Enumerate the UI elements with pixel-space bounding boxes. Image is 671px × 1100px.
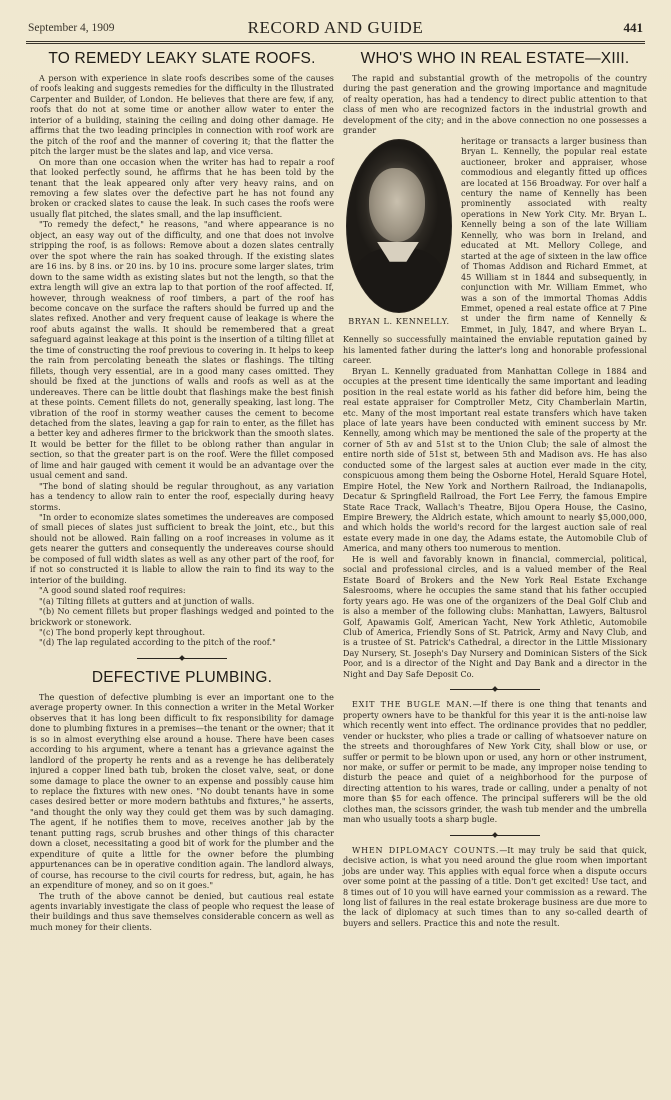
portrait-photo xyxy=(346,139,452,313)
paragraph: Bryan L. Kennelly graduated from Manhatt… xyxy=(343,367,647,555)
article-title: TO REMEDY LEAKY SLATE ROOFS. xyxy=(30,50,334,68)
paragraph: The truth of the above cannot be denied,… xyxy=(30,892,334,934)
section-divider xyxy=(30,652,334,666)
masthead-rule xyxy=(26,41,645,44)
item-text: —It may truly be said that quick, decisi… xyxy=(343,846,647,928)
right-column: WHO'S WHO IN REAL ESTATE—XIII. The rapid… xyxy=(343,50,647,929)
portrait-figure: BRYAN L. KENNELLY. xyxy=(343,137,455,326)
list-item: "(c) The bond properly kept throughout. xyxy=(30,628,334,638)
article-leaky-slate-roofs: TO REMEDY LEAKY SLATE ROOFS. A person wi… xyxy=(30,50,334,649)
newspaper-page: September 4, 1909 RECORD AND GUIDE 441 T… xyxy=(0,0,671,1100)
portrait-caption: BRYAN L. KENNELLY. xyxy=(343,317,455,326)
section-divider xyxy=(343,829,647,843)
list-item: "(d) The lap regulated according to the … xyxy=(30,638,334,648)
left-column: TO REMEDY LEAKY SLATE ROOFS. A person wi… xyxy=(30,50,334,933)
publication-title: RECORD AND GUIDE xyxy=(28,18,643,38)
paragraph: The rapid and substantial growth of the … xyxy=(343,74,647,137)
paragraph: "In order to economize slates sometimes … xyxy=(30,513,334,586)
article-whos-who: WHO'S WHO IN REAL ESTATE—XIII. The rapid… xyxy=(343,50,647,680)
item-exit-bugle-man: EXIT THE BUGLE MAN.—If there is one thin… xyxy=(343,700,647,825)
item-lead: EXIT THE BUGLE MAN. xyxy=(352,700,473,709)
paragraph: WHEN DIPLOMACY COUNTS.—It may truly be s… xyxy=(343,846,647,930)
item-when-diplomacy-counts: WHEN DIPLOMACY COUNTS.—It may truly be s… xyxy=(343,846,647,930)
paragraph: The question of defective plumbing is ev… xyxy=(30,693,334,892)
paragraph: EXIT THE BUGLE MAN.—If there is one thin… xyxy=(343,700,647,825)
paragraph: "A good sound slated roof requires: xyxy=(30,586,334,596)
list-item: "(a) Tilting fillets at gutters and at j… xyxy=(30,597,334,607)
section-divider xyxy=(343,683,647,697)
item-text: —If there is one thing that tenants and … xyxy=(343,700,647,824)
paragraph: He is well and favorably known in financ… xyxy=(343,555,647,680)
article-title: DEFECTIVE PLUMBING. xyxy=(30,669,334,687)
item-lead: WHEN DIPLOMACY COUNTS. xyxy=(352,846,499,855)
page-number: 441 xyxy=(624,20,644,36)
paragraph: A person with experience in slate roofs … xyxy=(30,74,334,158)
requirements-list: "(a) Tilting fillets at gutters and at j… xyxy=(30,597,334,649)
paragraph: "The bond of slating should be regular t… xyxy=(30,482,334,513)
paragraph: "To remedy the defect," he reasons, "and… xyxy=(30,220,334,481)
paragraph: On more than one occasion when the write… xyxy=(30,158,334,221)
article-title: WHO'S WHO IN REAL ESTATE—XIII. xyxy=(343,50,647,68)
article-defective-plumbing: DEFECTIVE PLUMBING. The question of defe… xyxy=(30,669,334,933)
masthead: September 4, 1909 RECORD AND GUIDE 441 xyxy=(28,18,643,38)
list-item: "(b) No cement fillets but proper flashi… xyxy=(30,607,334,628)
portrait-face-shape xyxy=(369,168,425,242)
